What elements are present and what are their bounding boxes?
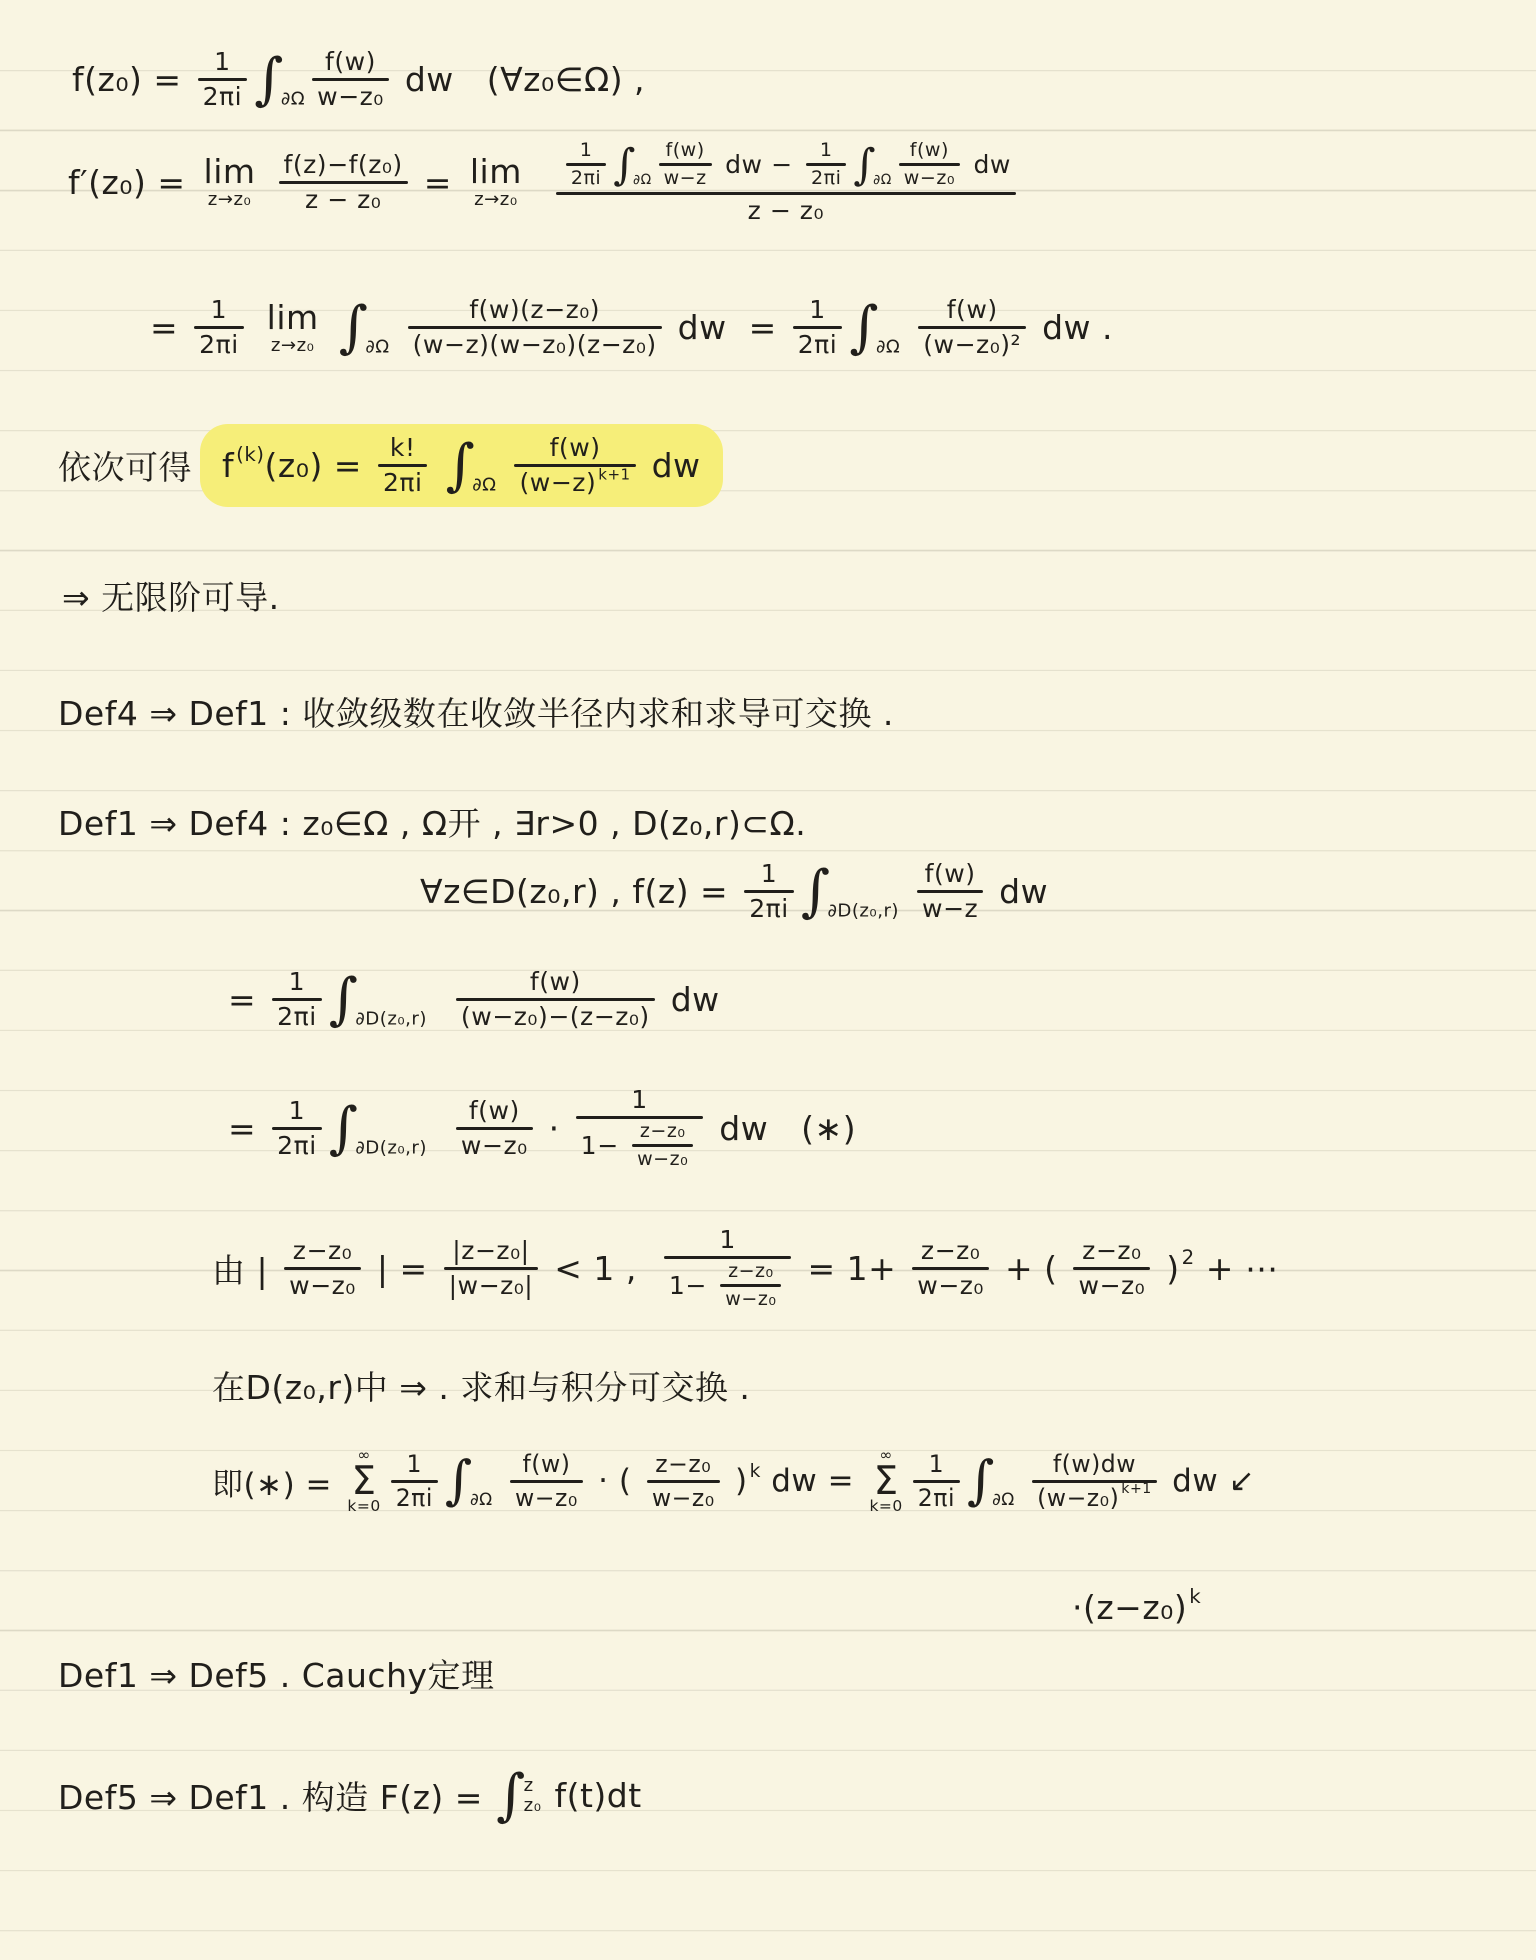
fraction: z−z₀w−z₀ [647,1451,720,1511]
text: f [222,446,234,485]
derivative-limit-definition: f′(z₀) = limz→z₀ f(z)−f(z₀)z − z₀ = limz… [68,140,1021,225]
text: dw = [761,1463,865,1499]
text: dw (∗) [708,1109,856,1148]
fraction: f(z)−f(z₀)z − z₀ [279,151,408,214]
text: 2πi [571,168,601,189]
text: f(w) [469,1097,520,1125]
text: 1 [289,968,305,996]
text: 在D(z₀,r)中 ⇒ . 求和与积分可交换 . [212,1362,750,1409]
text: 即(∗) = [212,1459,342,1504]
series-term-annotation: ·(z−z₀)k [1072,1588,1201,1627]
text: f(z₀) = [72,60,193,99]
text: w−z₀ [725,1289,776,1310]
infinitely-differentiable-conclusion: ⇒ 无限阶可导. [62,572,280,619]
fraction: 12πi [391,1451,438,1511]
def4-implies-def1: Def4 ⇒ Def1 : 收敛级数在收敛半径内求和求导可交换 . [58,688,894,735]
text: f(w) [910,140,949,161]
text: ⇒ 无限阶可导. [62,572,280,619]
text: (w−z) [519,469,596,497]
fraction: 12πi [272,968,322,1031]
text: 1 [407,1451,422,1477]
text: < 1 , [543,1249,659,1288]
text: Def1 ⇒ Def4 : z₀∈Ω , Ω开 , ∃r>0 , D(z₀,r)… [58,798,806,845]
text: dw [965,151,1011,179]
text: w−z [664,168,707,189]
fraction: z−z₀w−z₀ [632,1121,693,1171]
text: 2πi [277,1132,317,1160]
text: f(z)−f(z₀) [284,151,403,179]
text: dw = [667,308,788,347]
text: | = [366,1249,439,1288]
fraction: f(w)w−z [917,860,983,923]
cauchy-integral-formula: f(z₀) = 12πi∫∂Ωf(w)w−z₀ dw (∀z₀∈Ω) , [72,48,645,111]
text [429,1109,451,1148]
text: 2πi [277,1003,317,1031]
text: = [150,308,189,347]
text: z−z₀ [728,1261,774,1282]
text: (w−z₀)−(z−z₀) [461,1003,650,1031]
text: = 1+ [796,1249,907,1288]
fraction: z−z₀w−z₀ [720,1261,781,1311]
summation: ∞Σk=0 [347,1448,380,1515]
text [263,163,274,202]
fraction: k!2πi [378,434,428,497]
text: Def5 ⇒ Def1 . 构造 F(z) = [58,1772,494,1819]
fraction: f(w)(w−z)k+1 [514,434,635,497]
text [495,1463,505,1499]
text: f(t)dt [543,1776,641,1815]
text: f(w)dw [1053,1451,1136,1477]
fraction: f(w)(w−z₀)² [918,296,1026,359]
text: 由 | [212,1245,279,1292]
text: ) [1155,1249,1179,1288]
text: f(w)(z−z₀) [469,296,600,324]
down-left-arrow-icon: ↙ [1229,1463,1255,1499]
geometric-factor-step: = 12πi∫∂D(z₀,r) f(w)w−z₀ · 11− z−z₀w−z₀ … [228,1086,856,1171]
fraction: 12πi [194,296,244,359]
fraction: f(w)w−z₀ [312,48,389,111]
text: 2πi [396,1485,433,1511]
fraction: f(w)w−z [659,140,712,190]
text: 1 [820,140,833,161]
integral: ∫∂Ω [339,304,390,352]
superscript: (k) [236,443,264,466]
integral: ∫∂Ω [853,147,891,183]
fraction: z−z₀w−z₀ [1073,1237,1150,1300]
derivative-integral-computation: = 12πi limz→z₀ ∫∂Ω f(w)(z−z₀)(w−z)(w−z₀)… [150,296,1113,359]
denominator-split-step: = 12πi∫∂D(z₀,r) f(w)(w−z₀)−(z−z₀) dw [228,968,720,1031]
text: · ( [588,1463,642,1499]
text: 1 [631,1086,647,1114]
text: w−z₀ [317,83,384,111]
integral: ∫∂Ω [254,56,305,104]
cauchy-formula-on-disk: ∀z∈D(z₀,r) , f(z) = 12πi∫∂D(z₀,r) f(w)w−… [420,860,1048,923]
fraction: z−z₀w−z₀ [284,1237,361,1300]
text: w−z₀ [652,1485,715,1511]
text: 2πi [199,331,239,359]
limit: limz→z₀ [204,155,256,209]
text: (z₀) = [265,446,373,485]
text: 1 [211,296,227,324]
fraction: f(w)w−z₀ [899,140,960,190]
text: dw [1162,1463,1229,1499]
sum-integral-exchange: 在D(z₀,r)中 ⇒ . 求和与积分可交换 . [212,1362,750,1409]
text: 1− [581,1132,627,1160]
fraction: 12πi [744,860,794,923]
text: ) [725,1463,748,1499]
text [432,446,443,485]
text: w−z₀ [461,1132,528,1160]
text: z−z₀ [293,1237,352,1265]
integral: ∫∂Ω [445,1459,493,1504]
text: w−z [922,895,978,923]
text [326,308,337,347]
fraction: |z−z₀||w−z₀| [444,1237,539,1300]
text: ∀z∈D(z₀,r) , f(z) = [420,872,739,911]
text: w−z₀ [289,1272,356,1300]
fraction: f(w)w−z₀ [456,1097,533,1160]
fraction: f(w)w−z₀ [510,1451,583,1511]
series-result: 即(∗) = ∞Σk=012πi∫∂Ω f(w)w−z₀ · ( z−z₀w−z… [212,1448,1255,1515]
text: w−z₀ [904,168,955,189]
text: 2πi [798,331,838,359]
def5-implies-def1: Def5 ⇒ Def1 . 构造 F(z) = ∫zz₀ f(t)dt [58,1772,642,1820]
fraction: 12πi∫∂Ωf(w)w−z dw − 12πi∫∂Ωf(w)w−z₀ dwz … [556,140,1016,225]
text: z−z₀ [921,1237,980,1265]
text [498,446,509,485]
text: z−z₀ [640,1121,686,1142]
superscript: k+1 [1121,1482,1152,1498]
text: 1− [669,1272,715,1300]
text [1017,1463,1027,1499]
text: Def4 ⇒ Def1 : 收敛级数在收敛半径内求和求导可交换 . [58,688,894,735]
text: (w−z)(w−z₀)(z−z₀) [413,331,657,359]
text: z − z₀ [305,186,381,214]
text: 2πi [383,469,423,497]
text: f(w) [550,434,601,462]
text: 1 [214,48,230,76]
text: = [228,1109,267,1148]
text: Def1 ⇒ Def5 . Cauchy定理 [58,1650,495,1697]
text [392,308,403,347]
text: 1 [580,140,593,161]
highlighted-formula: f(k)(z₀) = k!2πi ∫∂Ω f(w)(w−z)k+1 dw [200,424,723,507]
text: ·(z−z₀) [1072,1588,1187,1627]
text: f′(z₀) = [68,163,197,202]
integral: ∫zz₀ [496,1772,542,1820]
fraction: 12πi [806,140,846,190]
notes-content: f(z₀) = 12πi∫∂Ωf(w)w−z₀ dw (∀z₀∈Ω) ,f′(z… [0,0,1536,1960]
fraction: 11− z−z₀w−z₀ [664,1226,792,1311]
text: (w−z₀) [1037,1485,1119,1511]
text: f(w) [325,48,376,76]
text: dw − [717,151,801,179]
text: = [228,980,267,1019]
text [902,308,913,347]
superscript: k [1189,1585,1201,1608]
integral: ∫∂Ω [613,147,651,183]
integral: ∫∂Ω [967,1459,1015,1504]
text: 1 [719,1226,735,1254]
text: |z−z₀| [452,1237,529,1265]
text: 1 [289,1097,305,1125]
superscript: 2 [1182,1246,1195,1269]
text: 2πi [749,895,789,923]
text: k! [390,434,416,462]
text: f(w) [522,1451,570,1477]
text: w−z₀ [1078,1272,1145,1300]
text: z−z₀ [655,1451,711,1477]
def1-implies-def4: Def1 ⇒ Def4 : z₀∈Ω , Ω开 , ∃r>0 , D(z₀,r)… [58,798,806,845]
text: f(w) [530,968,581,996]
text: w−z₀ [637,1149,688,1170]
text: f(w) [925,860,976,888]
fraction: 12πi [566,140,606,190]
text: w−z₀ [515,1485,578,1511]
text: 依次可得 [58,442,192,489]
integral: ∫∂Ω [445,442,496,490]
fraction: f(w)dw(w−z₀)k+1 [1032,1451,1157,1511]
text: 2πi [811,168,841,189]
fraction: z−z₀w−z₀ [912,1237,989,1300]
limit: limz→z₀ [470,155,522,209]
integral: ∫∂D(z₀,r) [329,976,427,1024]
text: dw [988,872,1048,911]
text [429,980,451,1019]
text: dw [641,446,701,485]
text [901,872,912,911]
text: 1 [929,1451,944,1477]
superscript: k+1 [598,466,630,483]
text: dw [660,980,720,1019]
fraction: 12πi [198,48,248,111]
fraction: 11− z−z₀w−z₀ [576,1086,704,1171]
geometric-series-expansion: 由 | z−z₀w−z₀ | = |z−z₀||w−z₀| < 1 , 11− … [212,1226,1278,1311]
text: dw . [1031,308,1113,347]
text: + ( [994,1249,1069,1288]
summation: ∞Σk=0 [869,1448,902,1515]
text: z−z₀ [1082,1237,1141,1265]
text: (w−z₀)² [923,331,1021,359]
fraction: f(w)(w−z₀)−(z−z₀) [456,968,655,1031]
text: f(w) [666,140,705,161]
text: 2πi [918,1485,955,1511]
def1-implies-def5: Def1 ⇒ Def5 . Cauchy定理 [58,1650,495,1697]
text: f(w) [947,296,998,324]
fraction: 12πi [913,1451,960,1511]
integral: ∫∂D(z₀,r) [329,1105,427,1153]
fraction: f(w)(z−z₀)(w−z)(w−z₀)(z−z₀) [408,296,662,359]
text: 2πi [203,83,243,111]
text: dw (∀z₀∈Ω) , [394,60,645,99]
text [249,308,260,347]
text: 1 [761,860,777,888]
notebook-page: { "page": { "kind": "handwritten-math-no… [0,0,1536,1960]
superscript: k [750,1461,761,1482]
text: z − z₀ [748,197,824,225]
integral: ∫∂D(z₀,r) [801,868,899,916]
fraction: 12πi [272,1097,322,1160]
text [529,163,551,202]
text: w−z₀ [917,1272,984,1300]
text: · [538,1109,571,1148]
text: = [413,163,463,202]
text: |w−z₀| [449,1272,534,1300]
text: + ⋯ [1195,1249,1279,1288]
limit: limz→z₀ [267,301,319,355]
kth-derivative-formula: 依次可得f(k)(z₀) = k!2πi ∫∂Ω f(w)(w−z)k+1 dw [58,424,723,507]
text: 1 [809,296,825,324]
fraction: 12πi [793,296,843,359]
integral: ∫∂Ω [849,304,900,352]
